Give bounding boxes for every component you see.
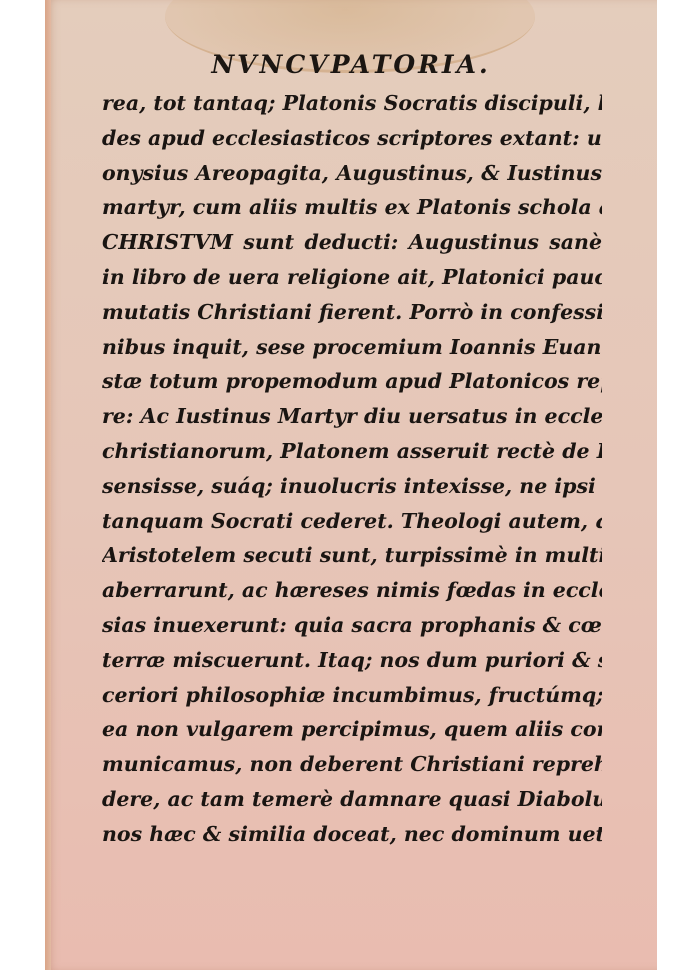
text-line: martyr, cum aliis multis ex Platonis sch…: [102, 190, 602, 225]
book-page: NVNCVPATORIA. rea, tot tantaq; Platonis …: [45, 0, 657, 970]
text-line: in libro de uera religione ait, Platonic…: [102, 260, 602, 295]
text-line: sias inuexerunt: quia sacra prophanis & …: [102, 608, 602, 643]
text-line: re: Ac Iustinus Martyr diu uersatus in e…: [102, 399, 602, 434]
text-line: christianorum, Platonem asseruit rectè d…: [102, 434, 602, 469]
text-line: mutatis Christiani fierent. Porrò in con…: [102, 295, 602, 330]
text-line: terræ miscuerunt. Itaq; nos dum puriori …: [102, 643, 602, 678]
text-line: nibus inquit, sese procemium Ioannis Eua…: [102, 330, 602, 365]
body-text: rea, tot tantaq; Platonis Socratis disci…: [102, 86, 602, 852]
text-line: rea, tot tantaq; Platonis Socratis disci…: [102, 86, 602, 121]
text-line: des apud ecclesiasticos scriptores extan…: [102, 121, 602, 156]
text-line: dere, ac tam temerè damnare quasi Diabol…: [102, 782, 602, 817]
running-head: NVNCVPATORIA.: [45, 50, 657, 79]
text-line: Aristotelem secuti sunt, turpissimè in m…: [102, 538, 602, 573]
text-line: ea non vulgarem percipimus, quem aliis c…: [102, 712, 602, 747]
text-line: CHRISTVM sunt deducti: Augustinus sanè: [102, 225, 602, 260]
text-line: nos hæc & similia doceat, nec dominum ue…: [102, 817, 602, 852]
text-line: tanquam Socrati cederet. Theologi autem,…: [102, 504, 602, 539]
text-line: sensisse, suáq; inuolucris intexisse, ne…: [102, 469, 602, 504]
text-line: ceriori philosophiæ incumbimus, fructúmq…: [102, 678, 602, 713]
text-line: aberrarunt, ac hæreses nimis fœdas in ec…: [102, 573, 602, 608]
text-line: onysius Areopagita, Augustinus, & Iustin…: [102, 156, 602, 191]
text-line: municamus, non deberent Christiani repre…: [102, 747, 602, 782]
text-line: stæ totum propemodum apud Platonicos rep…: [102, 364, 602, 399]
